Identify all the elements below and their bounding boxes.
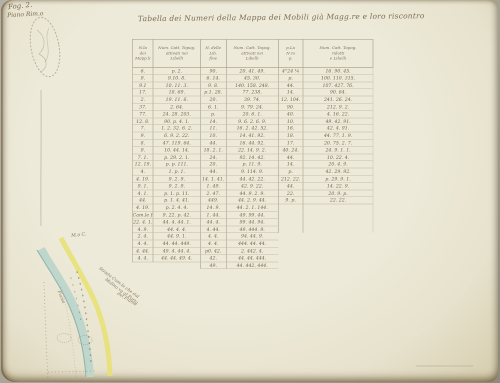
table-cell: 212. 9. 2. (303, 104, 373, 111)
column-header-line: Libelli (246, 56, 259, 61)
table-cell: 90. 64. (303, 89, 373, 96)
table-row: 9.110. 11. 3.9. 8.140. 158. 248.44.107. … (132, 82, 373, 89)
parcel-dotted-line-1 (44, 282, 48, 379)
table-row: 2.19. 11. 6.20.39. 74.12. 104.241. 26. 2… (132, 96, 373, 103)
table-cell: 4. 4. (133, 255, 154, 262)
column-header-line: p.La (286, 46, 295, 51)
table-cell: 44. (201, 168, 227, 175)
table-row: 9. 1.9. 2. 9.1. 49.42. 9. 22.44.14. 22. … (132, 183, 373, 190)
table-cell: 37. (133, 104, 154, 111)
table-cell: 12. 104. (278, 96, 303, 103)
table-cell: 20. (201, 161, 227, 168)
table-cell: 16. (278, 125, 303, 132)
corner-note: Piano Rim.o (7, 10, 44, 19)
table-cell: 4°24 ¼ (278, 68, 303, 75)
table-cell: 9. 6. 2. 6. 9. (227, 118, 279, 125)
table-cell: 1. 2. 32. 6. 2. (154, 125, 201, 132)
table-cell: 9. 2. 9. (154, 176, 201, 183)
table-cell: 4. (133, 168, 154, 175)
table-cell: 12. 19. (133, 161, 154, 168)
table-cell: 4. 4. (133, 240, 154, 247)
table-cell: 22. 22. (303, 197, 373, 204)
table-cell (303, 226, 373, 233)
table-cell (278, 248, 303, 255)
column-header: N.ladeiMapp.li (133, 40, 154, 68)
table-cell: 9. 79. 24. (227, 104, 279, 111)
table-row: 9.6. 9. 2. 22.10.14. 41. 92.18.44. 77. 1… (132, 132, 373, 139)
table-cell (278, 262, 303, 269)
column-header-line: fine (209, 56, 217, 61)
page-title: Tabella dei Numeri della Mappa dei Mobil… (138, 12, 374, 23)
table-row: 22. 4. 1.44. 4. 44. 1.44. 4.99. 44. 94. (132, 219, 373, 226)
table-cell: 14. (278, 161, 303, 168)
table-cell: 44. 2. 1. 144. (227, 204, 279, 211)
table-cell: 42. 4. 91. (303, 125, 373, 132)
table-cell: 2. 4. (133, 233, 154, 240)
column-header-line: dei (140, 51, 146, 56)
column-header: Num. Catt. Topog.attivati neiLibelli (154, 40, 201, 68)
table-cell: 10. (278, 118, 303, 125)
table-row: 77.24. 28. 203.p.20. 6. 1.40.4. 16. 22. (132, 111, 373, 118)
table-cell: 49. 42. 91. (303, 118, 373, 125)
table-cell: p. 29. 2. 1. (154, 154, 201, 161)
table-cell: 44. 4. (201, 219, 227, 226)
table-cell: 7. 1. (133, 154, 154, 161)
survey-table: N.ladeiMapp.liNum. Catt. Topog.attivati … (132, 39, 373, 269)
table-cell: 212. 22. (278, 176, 303, 183)
table-cell: 4. 4. (201, 233, 227, 240)
table-cell: p. (278, 168, 303, 175)
table-cell: 20. 6. 1. (227, 111, 279, 118)
table-cell: 100. 110. 315. (303, 75, 373, 82)
table-cell: 9. 1. (133, 183, 154, 190)
table-cell: 20. 75. 2. 7. (303, 140, 373, 147)
table-cell: 49. 99. 44. (227, 212, 279, 219)
column-header-line: Num. Catt. Topog. (319, 46, 356, 51)
table-cell: 90. (201, 68, 227, 75)
column-header-line: ridotti (332, 51, 345, 56)
table-cell: 1. p. 1. (154, 168, 201, 175)
column-header: p.LaN.rop. (278, 40, 303, 68)
table-cell: 44. 9. 1. (154, 233, 201, 240)
road-band (61, 238, 110, 376)
table-cell: 20. 4. 9. (303, 161, 373, 168)
table-cell (278, 255, 303, 262)
table-row: 44.p. 1. 4. 41.449.44. 2. 9. 44.9. p.22.… (132, 197, 373, 204)
column-header: Num. Catt. Topog.ridottie Libelli (303, 40, 373, 68)
table-row: 9.10. 44. 14.18. 2. 1.22. 14. 9. 2.40. 2… (132, 147, 373, 154)
table-cell: 90. p. 4. 1. (154, 118, 201, 125)
table-cell (303, 248, 373, 255)
table-cell (278, 240, 303, 247)
column-header-line: Lib. (209, 51, 217, 56)
table-cell: 4. 1. (133, 190, 154, 197)
table-cell (278, 226, 303, 233)
table-cell: 2. 442. 4. (227, 248, 279, 255)
map-label: M.o C. (71, 231, 87, 238)
table-row: 4.1. p. 1.44.9. 114. 9.p.42. 29. 92. (132, 168, 373, 175)
table-cell: 40. 24. (278, 147, 303, 154)
table-cell: 19. 11. 6. (154, 96, 201, 103)
table-cell: p. (278, 75, 303, 82)
table-row: 6.p. 2.90.20. 41. 49.4°24 ¼16. 90. 45. (132, 68, 373, 75)
table-cell: 77. 238. (227, 89, 279, 96)
table-cell: 9. 8. (201, 82, 227, 89)
table-cell: 45. 30. (227, 75, 279, 82)
table-cell: 42. 29. 92. (303, 168, 373, 175)
table-cell: p. p. 111. (154, 161, 201, 168)
table-cell: 12. 8. (133, 118, 154, 125)
table-cell: 16. 90. 45. (303, 68, 373, 75)
table-cell: 9. 2. 9. (154, 183, 201, 190)
table-cell: p.1. 28. (201, 89, 227, 96)
table-row: 4. 19.p. 2. 4. 4.14. 9.44. 2. 1. 144. (132, 204, 373, 211)
column-header-line: Mapp.li (135, 56, 150, 61)
table-cell: 14. 1. 41. (201, 176, 227, 183)
table-cell: 6. (133, 68, 154, 75)
table-row: 9.9.10. 8.6. 14.45. 30.p.100. 110. 315. (132, 75, 373, 82)
table-cell: 49. 444. 9. (227, 226, 279, 233)
table-cell: 10. 11. 3. (154, 82, 201, 89)
table-cell: 6. 9. 2. 22. (154, 132, 201, 139)
table-cell: 7. (133, 125, 154, 132)
table-row: 4. 4.44. 44. 49. 4.42.44. 44. 444. (132, 255, 373, 262)
table-cell: 10. 22. 4. (303, 154, 373, 161)
table-row: 4. 19.9. 2. 9.14. 1. 41.44. 42. 22.212. … (132, 176, 373, 183)
table-cell: 9. 22. p. 42. (154, 212, 201, 219)
table-cell: 14. 9. (201, 204, 227, 211)
table-cell: 9. 114. 9. (227, 168, 279, 175)
table-cell: 24. 28. 203. (154, 111, 201, 118)
table-cell: 4. 4. (201, 240, 227, 247)
table-cell: 2. 64. (154, 104, 201, 111)
table-cell (278, 212, 303, 219)
table-cell: 241. 26. 24. (303, 96, 373, 103)
table-cell: 8. (133, 140, 154, 147)
table-cell: 44. 9. 2. 9. (227, 190, 279, 197)
column-header-line: attivati nei (166, 51, 188, 56)
table-cell: 44. (201, 140, 227, 147)
table-cell (303, 219, 373, 226)
table-cell: 44. 2. 9. 44. (227, 197, 279, 204)
table-cell: 20. 41. 49. (227, 68, 279, 75)
table-cell (278, 204, 303, 211)
table-row: 37.2. 64.6. 1.9. 79. 24.90.212. 9. 2. (132, 104, 373, 111)
table-cell: 1. 49. (201, 183, 227, 190)
table-row: Cam.le fu9. 22. p. 42.1. 44.49. 99. 44. (132, 212, 373, 219)
table-cell: p. (201, 111, 227, 118)
table-cell: 39. 74. (227, 96, 279, 103)
table-cell: 44. (133, 197, 154, 204)
table-cell: 17. (133, 89, 154, 96)
table-cell: 42. 9. 22. (227, 183, 279, 190)
column-header: N. delleLib.fine (201, 40, 227, 68)
column-header-line: Libelli (170, 56, 183, 61)
table-cell (303, 204, 373, 211)
table-cell: 4. 16. 22. (303, 111, 373, 118)
table-cell: p. 1. 4. 41. (154, 197, 201, 204)
table-cell: 42. (201, 255, 227, 262)
table-cell: 22. 14. 9. 2. (227, 147, 279, 154)
table-cell: 16. 2. 42. 52. (227, 125, 279, 132)
table-cell: 18. (278, 132, 303, 139)
table-cell: 9. p. (278, 197, 303, 204)
table-cell (154, 262, 201, 269)
table-cell: p. 2. 4. 4. (154, 204, 201, 211)
table-cell (133, 262, 154, 269)
column-header-line: Num. Catt. Topog. (234, 46, 271, 51)
table-cell: 4. 44. (133, 248, 154, 255)
table-cell: 9. (133, 132, 154, 139)
table-cell (303, 212, 373, 219)
table-row: 7. 1.p. 29. 2. 1.24.92. 14. 42.44.10. 22… (132, 154, 373, 161)
table-cell: 9. (133, 75, 154, 82)
table-cell: Cam.le fu (133, 212, 154, 219)
table-cell: 18. 2. 1. (201, 147, 227, 154)
table-cell: 14. 22. 9. (303, 183, 373, 190)
table-cell: 9. (133, 147, 154, 154)
bank-hatch-dots (77, 272, 91, 362)
table-row: 4. 4.44. 44. 449.4. 4.444. 44. 44. (132, 240, 373, 247)
table-cell (303, 262, 373, 269)
table-cell: p. 1. p. 11. (154, 190, 201, 197)
table-cell: 9.10. 8. (154, 75, 201, 82)
map-symbol-ellipse-2 (78, 336, 92, 345)
table-row: 2. 4.44. 9. 1.4. 4.94. 44. 9. (132, 233, 373, 240)
oval-seal-icon (26, 15, 64, 79)
table-cell: 92. 14. 42. (227, 154, 279, 161)
table-cell: 77. (133, 111, 154, 118)
table-cell: 44. (278, 183, 303, 190)
table-row: 4. 9.44. 4. 4.4. 44.49. 444. 9. (132, 226, 373, 233)
table-cell: 14. (201, 118, 227, 125)
table-cell: 40. (278, 111, 303, 118)
table-cell: 9.1 (133, 82, 154, 89)
map-symbol-ellipse-1 (57, 334, 71, 343)
map-label: Fiume (57, 290, 66, 304)
table-row: 8.47. 119. 64.44.16. 44. 92.17.20. 75. 2… (132, 140, 373, 147)
table-row: 4. 1.p. 1. p. 11.2. 47.44. 9. 2. 9.22.20… (132, 190, 373, 197)
table-cell: p. 29. 9. 1. (303, 176, 373, 183)
table-cell: 4. 9. (133, 226, 154, 233)
table-cell: 44. 42. 22. (227, 176, 279, 183)
table-cell: 99. 44. 94. (227, 219, 279, 226)
table-cell: 107. 427. 76. (303, 82, 373, 89)
river-shape (41, 249, 90, 377)
table-cell: 49. 4. 44. 4. (154, 248, 201, 255)
table-cell: 44. (278, 154, 303, 161)
table-cell (303, 255, 373, 262)
table-cell: 6. 14. (201, 75, 227, 82)
folio-label: Fog. 2. (8, 1, 33, 11)
column-header-line: p. (289, 56, 293, 61)
table-cell: 22. 4. 1. (133, 219, 154, 226)
table-cell: p. 2. (154, 68, 201, 75)
table-cell: 24. 9. 1. 1. (303, 147, 373, 154)
table-cell: 49. (201, 262, 227, 269)
map-fragment (37, 238, 110, 379)
table-cell: 44. 44. 444. (227, 255, 279, 262)
table-cell: 18. 69. (154, 89, 201, 96)
table-cell: 16. 44. 92. (227, 140, 279, 147)
table-cell: 90. (278, 104, 303, 111)
table-cell: 44. 44. 49. 4. (154, 255, 201, 262)
table-cell: 140. 158. 248. (227, 82, 279, 89)
table-cell: 1. 44. (201, 212, 227, 219)
table-cell: 444. 44. 44. (227, 240, 279, 247)
table-cell: 20. 9. p. (303, 190, 373, 197)
table-cell: p0. 42. (201, 248, 227, 255)
table-row: 12. 8.90. p. 4. 1.14.9. 6. 2. 6. 9.10.49… (132, 118, 373, 125)
table-cell: 22. (278, 190, 303, 197)
table-cell: 44. 44. 449. (154, 240, 201, 247)
table-cell: 4. 44. (201, 226, 227, 233)
bank-hatch-dots-2 (71, 278, 81, 322)
table-cell: p. 11. 9. (227, 161, 279, 168)
table-cell: 449. (201, 197, 227, 204)
table-cell: 11. (201, 125, 227, 132)
table-cell: 17. (278, 140, 303, 147)
table-cell (278, 219, 303, 226)
table-cell (303, 233, 373, 240)
column-header-line: N.ro (286, 51, 295, 56)
table-cell: 44. (278, 82, 303, 89)
table-cell: 44. 4. 4. (154, 226, 201, 233)
table-cell: 20. (201, 96, 227, 103)
table-row: 17.18. 69.p.1. 28.77. 238.14.90. 64. (132, 89, 373, 96)
table-cell: 2. (133, 96, 154, 103)
table-cell (278, 233, 303, 240)
table-cell: 6. 1. (201, 104, 227, 111)
table-cell: 47. 119. 64. (154, 140, 201, 147)
table-cell: 44. 77. 1. 9. (303, 132, 373, 139)
table-header: N.ladeiMapp.liNum. Catt. Topog.attivati … (132, 39, 373, 68)
table-cell: 44. 4. 44. 1. (154, 219, 201, 226)
table-body: 6.p. 2.90.20. 41. 49.4°24 ¼16. 90. 45.9.… (132, 68, 373, 270)
table-cell (303, 240, 373, 247)
paper-sheet: Fog. 2. Piano Rim.o Tabella dei Numeri d… (1, 0, 498, 382)
river-edge-line (37, 250, 86, 377)
table-cell: 4. 19. (133, 176, 154, 183)
scanned-page: Fog. 2. Piano Rim.o Tabella dei Numeri d… (0, 0, 500, 383)
table-cell: 24. (201, 154, 227, 161)
table-row: 12. 19.p. p. 111.20.p. 11. 9.14.20. 4. 9… (132, 161, 373, 168)
column-header: Num. Catt. Topog.attivati neiLibelli (227, 40, 279, 68)
table-row: 4. 44.49. 4. 44. 4.p0. 42.2. 442. 4. (132, 248, 373, 255)
table-cell: 14. (278, 89, 303, 96)
table-cell: 10. 44. 14. (154, 147, 201, 154)
table-row: 7.1. 2. 32. 6. 2.11.16. 2. 42. 52.16.42.… (132, 125, 373, 132)
column-header-line: N. delle (205, 46, 221, 51)
column-header-line: e Libelli (330, 56, 346, 61)
table-cell: 2. 47. (201, 190, 227, 197)
table-row: 49.44. 442. 444. (132, 262, 373, 269)
table-cell: 4. 19. (133, 204, 154, 211)
column-header-line: N.la (139, 46, 147, 51)
column-header-line: attivati nei (241, 51, 263, 56)
column-header-line: Num. Catt. Topog. (158, 46, 195, 51)
parcel-dotted-line-2 (48, 371, 97, 372)
table-cell: 10. (201, 132, 227, 139)
table-cell: 44. 442. 444. (227, 262, 279, 269)
table-cell: 14. 41. 92. (227, 132, 279, 139)
table-cell: 94. 44. 9. (227, 233, 279, 240)
